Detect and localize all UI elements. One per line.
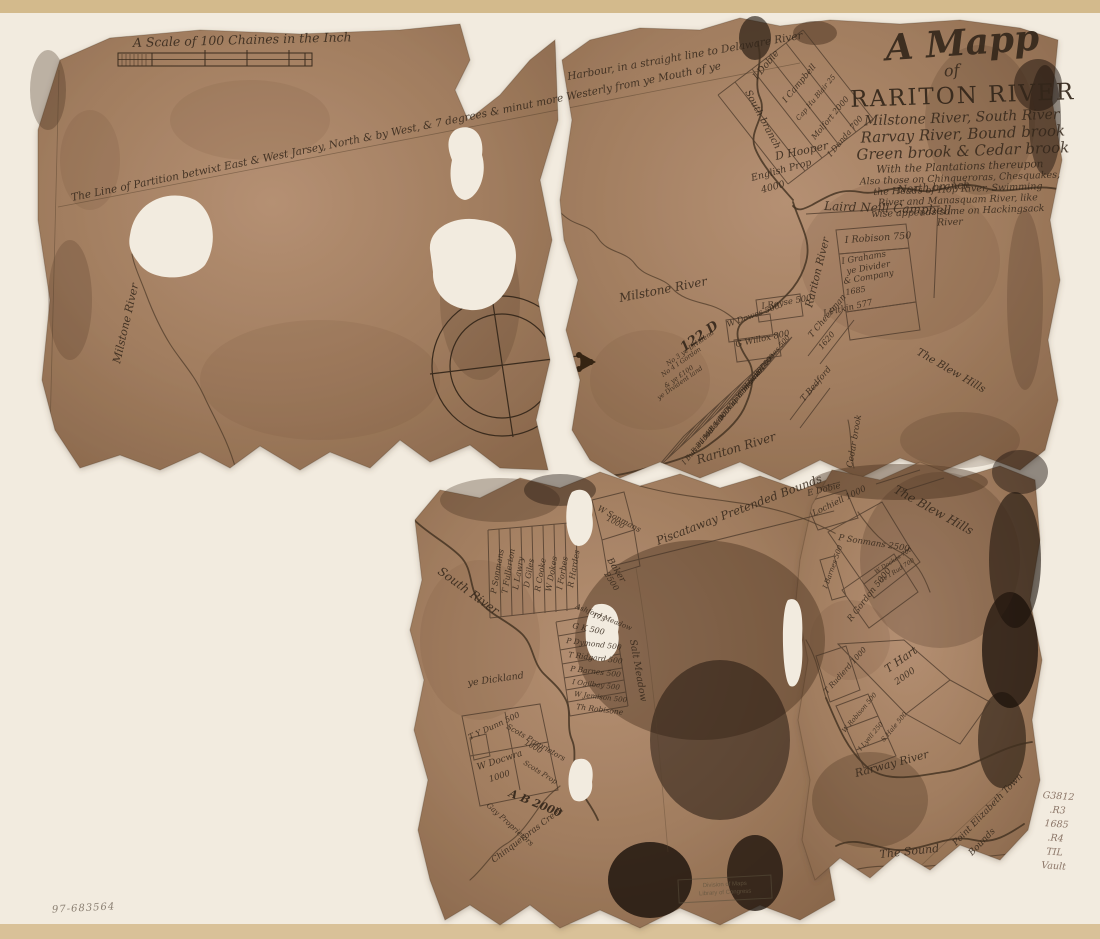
- map-artwork: A MappofRARITON RIVERMilstone River, Sou…: [0, 0, 1100, 939]
- map-scan-page: A MappofRARITON RIVERMilstone River, Sou…: [0, 0, 1100, 939]
- library-stamp: Division of Maps Library of Congress: [677, 875, 772, 904]
- call-number-column: G3812 .R3 1685 .R4 TIL Vault: [1027, 788, 1085, 875]
- map-label: River: [936, 217, 965, 229]
